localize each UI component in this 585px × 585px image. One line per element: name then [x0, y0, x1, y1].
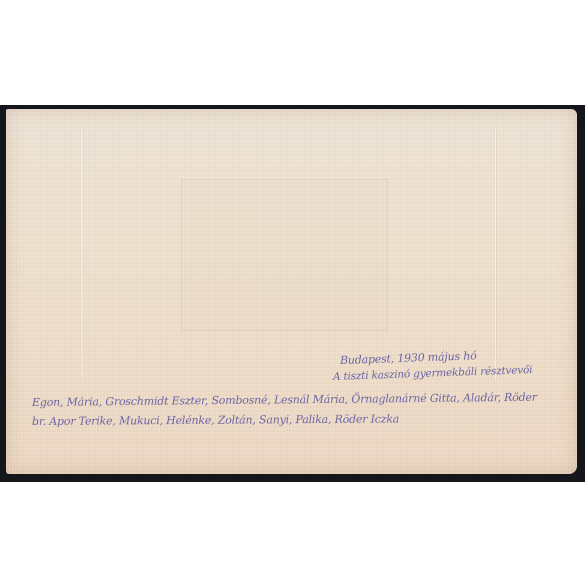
inscription-event-line: A tiszti kaszinó gyermekbáli résztvevői	[333, 364, 533, 383]
inscription-names-line-2: br. Apor Terike, Mukuci, Helénke, Zoltán…	[32, 412, 399, 428]
inscription-date-line: Budapest, 1930 május hó	[340, 349, 477, 367]
inscription-names-line-1: Egon, Mária, Groschmidt Eszter, Sombosné…	[32, 391, 537, 409]
show-through-rectangle	[181, 179, 388, 331]
embossed-line-left	[82, 129, 84, 379]
embossed-line-right	[495, 129, 497, 379]
postcard-back: Budapest, 1930 május hó A tiszti kaszinó…	[6, 109, 577, 474]
